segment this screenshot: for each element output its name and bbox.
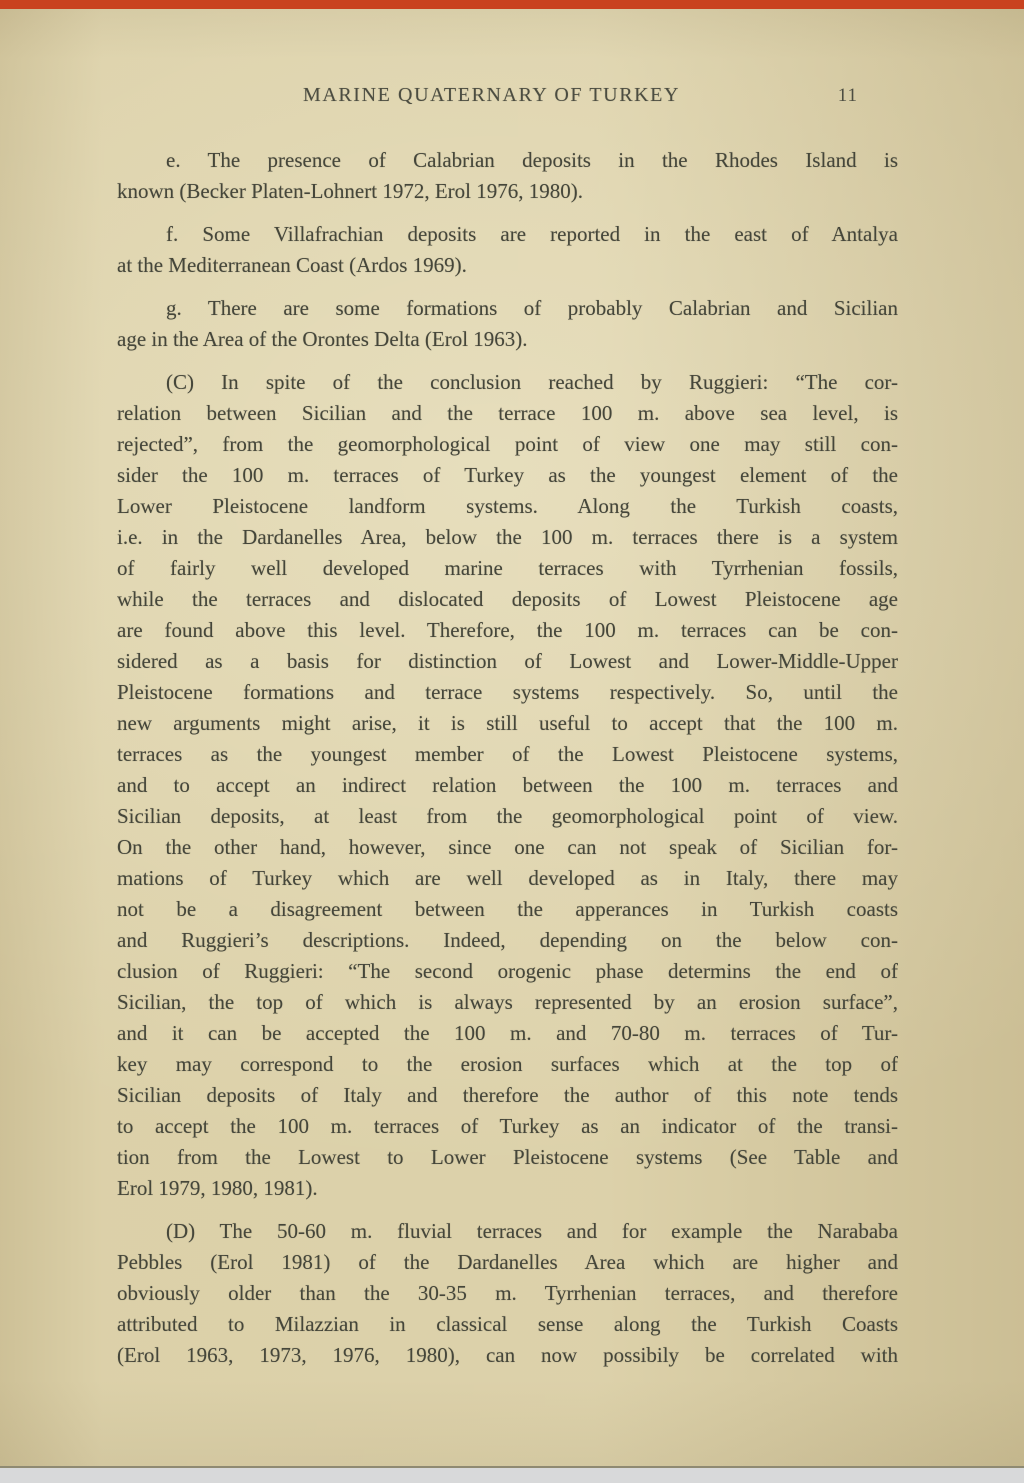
page-number: 11 <box>838 85 858 107</box>
text-line: Pleistocene formations and terrace syste… <box>117 677 898 708</box>
text-line: g. There are some formations of probably… <box>117 293 898 324</box>
text-line: i.e. in the Dardanelles Area, below the … <box>117 522 898 553</box>
paragraph-e: e. The presence of Calabrian deposits in… <box>117 145 898 207</box>
text-line: are found above this level. Therefore, t… <box>117 615 898 646</box>
text-line: Sicilian deposits, at least from the geo… <box>117 801 898 832</box>
text-line: On the other hand, however, since one ca… <box>117 832 898 863</box>
bottom-edge-gray-strip <box>0 1466 1024 1483</box>
text-line: attributed to Milazzian in classical sen… <box>117 1309 898 1340</box>
text-line: and Ruggieri’s descriptions. Indeed, dep… <box>117 925 898 956</box>
paragraph-f: f. Some Villafrachian deposits are repor… <box>117 219 898 281</box>
text-line: and it can be accepted the 100 m. and 70… <box>117 1018 898 1049</box>
text-line: of fairly well developed marine terraces… <box>117 553 898 584</box>
running-header: MARINE QUATERNARY OF TURKEY 11 <box>117 84 898 110</box>
text-line: Erol 1979, 1980, 1981). <box>117 1173 898 1204</box>
text-block: e. The presence of Calabrian deposits in… <box>117 145 898 1383</box>
scanned-page: MARINE QUATERNARY OF TURKEY 11 e. The pr… <box>0 0 1024 1483</box>
text-line: f. Some Villafrachian deposits are repor… <box>117 219 898 250</box>
paragraph-g: g. There are some formations of probably… <box>117 293 898 355</box>
text-line: sidered as a basis for distinction of Lo… <box>117 646 898 677</box>
text-line: at the Mediterranean Coast (Ardos 1969). <box>117 250 898 281</box>
text-line: Sicilian, the top of which is always rep… <box>117 987 898 1018</box>
text-line: (C) In spite of the conclusion reached b… <box>117 367 898 398</box>
text-line: tion from the Lowest to Lower Pleistocen… <box>117 1142 898 1173</box>
text-line: relation between Sicilian and the terrac… <box>117 398 898 429</box>
text-line: known (Becker Platen-Lohnert 1972, Erol … <box>117 176 898 207</box>
text-line: Sicilian deposits of Italy and therefore… <box>117 1080 898 1111</box>
text-line: rejected”, from the geomorphological poi… <box>117 429 898 460</box>
text-line: mations of Turkey which are well develop… <box>117 863 898 894</box>
paragraph-D: (D) The 50-60 m. fluvial terraces and fo… <box>117 1216 898 1371</box>
text-line: to accept the 100 m. terraces of Turkey … <box>117 1111 898 1142</box>
text-line: while the terraces and dislocated deposi… <box>117 584 898 615</box>
text-line: not be a disagreement between the appera… <box>117 894 898 925</box>
top-edge-red-strip <box>0 0 1024 9</box>
text-line: new arguments might arise, it is still u… <box>117 708 898 739</box>
text-line: key may correspond to the erosion surfac… <box>117 1049 898 1080</box>
text-line: terraces as the youngest member of the L… <box>117 739 898 770</box>
text-line: (Erol 1963, 1973, 1976, 1980), can now p… <box>117 1340 898 1371</box>
text-line: e. The presence of Calabrian deposits in… <box>117 145 898 176</box>
text-line: clusion of Ruggieri: “The second orogeni… <box>117 956 898 987</box>
text-line: Lower Pleistocene landform systems. Alon… <box>117 491 898 522</box>
page-title: MARINE QUATERNARY OF TURKEY <box>101 84 882 107</box>
text-line: Pebbles (Erol 1981) of the Dardanelles A… <box>117 1247 898 1278</box>
text-line: and to accept an indirect relation betwe… <box>117 770 898 801</box>
text-line: age in the Area of the Orontes Delta (Er… <box>117 324 898 355</box>
text-line: obviously older than the 30-35 m. Tyrrhe… <box>117 1278 898 1309</box>
paragraph-C: (C) In spite of the conclusion reached b… <box>117 367 898 1204</box>
text-line: sider the 100 m. terraces of Turkey as t… <box>117 460 898 491</box>
text-line: (D) The 50-60 m. fluvial terraces and fo… <box>117 1216 898 1247</box>
